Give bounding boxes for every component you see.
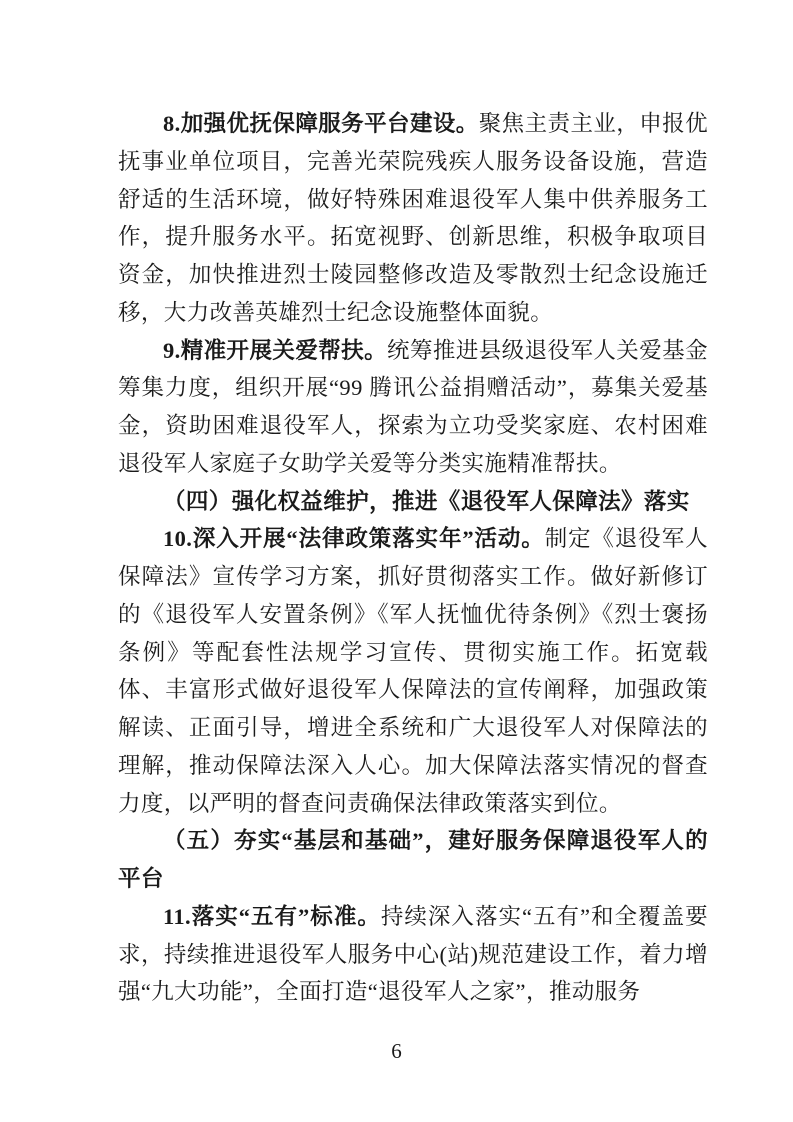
page-number: 6 [0, 1036, 793, 1066]
paragraph-lead: 11.落实“五有”标准。 [163, 904, 381, 929]
paragraph-item-10: 10.深入开展“法律政策落实年”活动。制定《退役军人保障法》宣传学习方案，抓好贯… [118, 520, 708, 822]
paragraph-item-8: 8.加强优抚保障服务平台建设。聚焦主责主业，申报优抚事业单位项目，完善光荣院残疾… [118, 105, 708, 332]
paragraph-body: 制定《退役军人保障法》宣传学习方案，抓好贯彻落实工作。做好新修订的《退役军人安置… [118, 526, 708, 815]
document-page: 8.加强优抚保障服务平台建设。聚焦主责主业，申报优抚事业单位项目，完善光荣院残疾… [0, 0, 793, 1122]
paragraph-body: 聚焦主责主业，申报优抚事业单位项目，完善光荣院残疾人服务设备设施，营造舒适的生活… [118, 111, 708, 325]
paragraph-item-11: 11.落实“五有”标准。持续深入落实“五有”和全覆盖要求，持续推进退役军人服务中… [118, 898, 708, 1011]
paragraph-lead: 8.加强优抚保障服务平台建设。 [163, 111, 479, 136]
paragraph-lead: 10.深入开展“法律政策落实年”活动。 [163, 526, 545, 551]
document-body: 8.加强优抚保障服务平台建设。聚焦主责主业，申报优抚事业单位项目，完善光荣院残疾… [118, 105, 708, 1011]
section-heading-5: （五）夯实“基层和基础”，建好服务保障退役军人的平台 [118, 822, 708, 898]
paragraph-lead: 9.精准开展关爱帮扶。 [163, 338, 387, 363]
section-heading-4: （四）强化权益维护，推进《退役军人保障法》落实 [118, 483, 708, 521]
section-heading-text: （五）夯实“基层和基础”，建好服务保障退役军人的平台 [118, 828, 708, 891]
paragraph-item-9: 9.精准开展关爱帮扶。统筹推进县级退役军人关爱基金筹集力度，组织开展“99 腾讯… [118, 332, 708, 483]
section-heading-text: （四）强化权益维护，推进《退役军人保障法》落实 [163, 489, 690, 514]
